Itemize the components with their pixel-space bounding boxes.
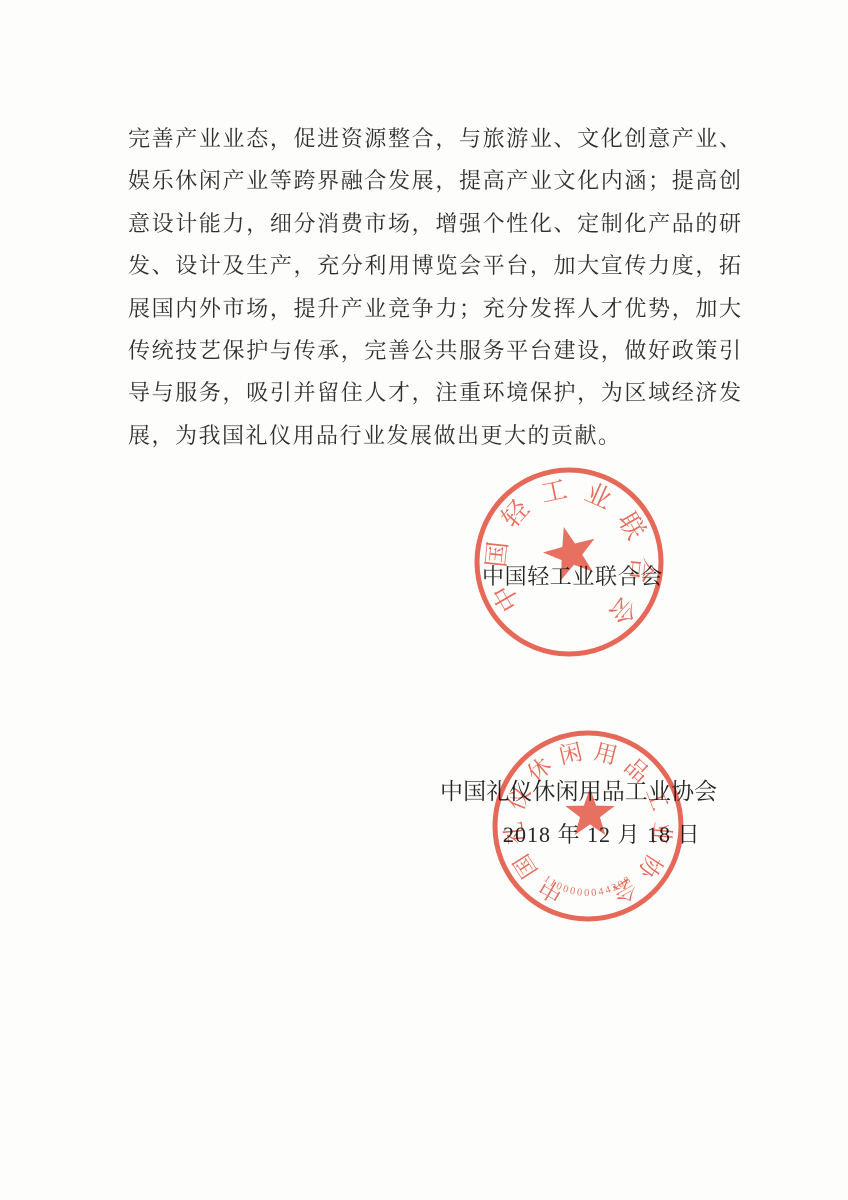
- seal-arc-character: 闲: [557, 739, 585, 769]
- body-paragraph: 完善产业业态，促进资源整合，与旅游业、文化创意产业、 娱乐休闲产业等跨界融合发展…: [128, 118, 742, 457]
- scanned-document-page: 完善产业业态，促进资源整合，与旅游业、文化创意产业、 娱乐休闲产业等跨界融合发展…: [0, 0, 848, 1200]
- seal-arc-character: 协: [633, 850, 667, 884]
- seal-arc-character: 联: [612, 507, 650, 544]
- seal-china-light-industry: 中国轻工业联合会: [477, 470, 661, 654]
- body-line: 意设计能力，细分消费市场，增强个性化、定制化产品的研: [128, 203, 742, 245]
- seal-arc-character: 工: [538, 475, 569, 509]
- seal-arc-character: 轻: [496, 494, 536, 533]
- signature-org-association: 中国礼仪休闲用品工业协会: [440, 779, 717, 804]
- body-line: 展国内外市场，提升产业竞争力；充分发挥人才优势，加大: [128, 288, 742, 330]
- signature-org-light-industry: 中国轻工业联合会: [482, 565, 663, 589]
- body-line: 传统技艺保护与传承，完善公共服务平台建设，做好政策引: [128, 330, 742, 372]
- body-line: 娱乐休闲产业等跨界融合发展，提高产业文化内涵；提高创: [128, 160, 742, 202]
- body-line: 导与服务，吸引并留住人才，注重环境保护，为区域经济发: [128, 372, 742, 414]
- seal-serial-number: 1100000044208: [541, 874, 634, 899]
- seal-arc-character: 国: [509, 850, 542, 883]
- seal-ring: [477, 470, 661, 654]
- body-line: 完善产业业态，促进资源整合，与旅游业、文化创意产业、: [128, 118, 742, 160]
- body-line: 展，为我国礼仪用品行业发展做出更大的贡献。: [128, 415, 742, 457]
- seal-arc-character: 中: [535, 874, 567, 907]
- seal-arc-character: 业: [581, 478, 617, 515]
- body-line: 发、设计及生产，充分利用博览会平台，加大宣传力度，拓: [128, 245, 742, 287]
- seal-arc-character: 会: [608, 874, 640, 907]
- seal-arc-character: 会: [603, 591, 642, 630]
- signature-date: 2018 年 12 月 18 日: [503, 823, 701, 847]
- seal-arc-character: 用: [592, 739, 620, 769]
